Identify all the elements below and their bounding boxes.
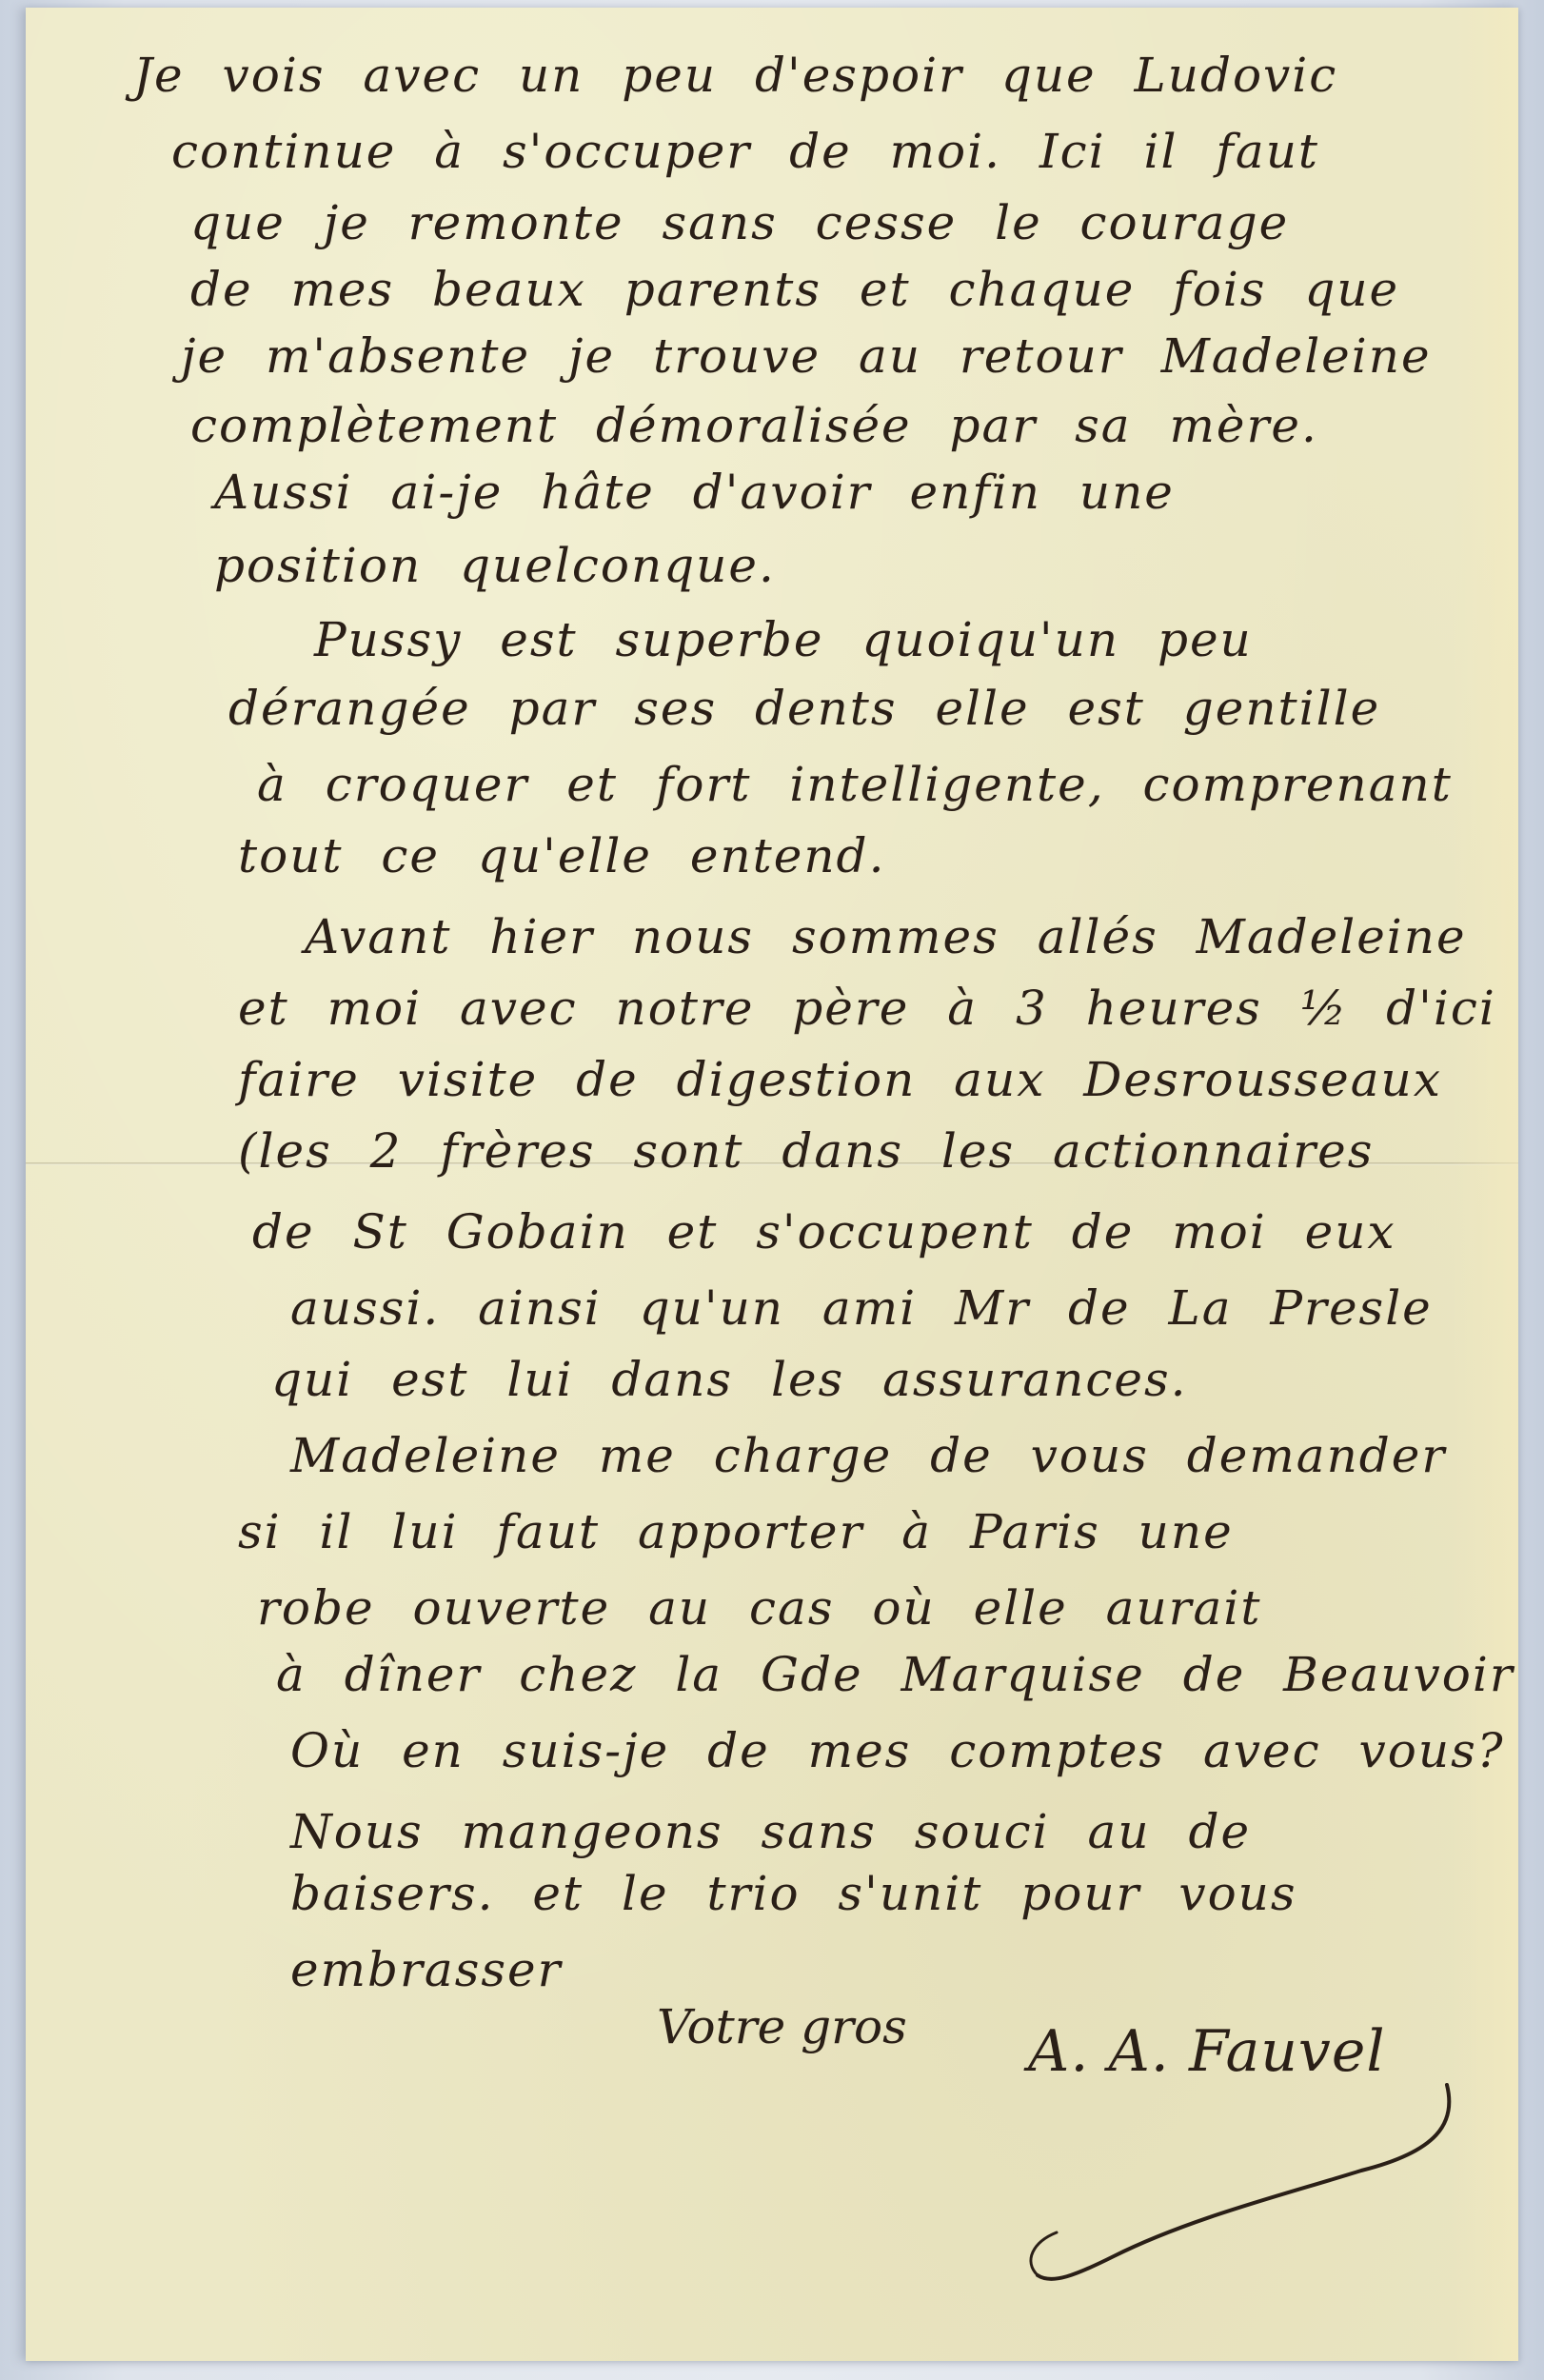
letter-line: à dîner chez la Gde Marquise de Beauvoir — [276, 1647, 1514, 1702]
letter-line: tout ce qu'elle entend. — [238, 828, 885, 883]
letter-line: dérangée par ses dents elle est gentille — [228, 681, 1380, 736]
letter-line: Madeleine me charge de vous demander — [290, 1428, 1446, 1483]
letter-line: qui est lui dans les assurances. — [271, 1352, 1188, 1407]
letter-line: (les 2 frères sont dans les actionnaires — [238, 1123, 1374, 1179]
signature-flourish-icon — [1000, 2066, 1475, 2285]
letter-line: complètement démoralisée par sa mère. — [190, 398, 1318, 453]
letter-line: et moi avec notre père à 3 heures ½ d'ic… — [238, 981, 1496, 1036]
letter-line: Je vois avec un peu d'espoir que Ludovic — [133, 48, 1337, 103]
letter-line: Pussy est superbe quoiqu'un peu — [314, 612, 1253, 667]
letter-line: continue à s'occuper de moi. Ici il faut — [171, 124, 1319, 179]
letter-line: à croquer et fort intelligente, comprena… — [257, 757, 1453, 812]
letter-line: robe ouverte au cas où elle aurait — [257, 1580, 1261, 1636]
letter-line: Où en suis-je de mes comptes avec vous? — [290, 1723, 1505, 1778]
letter-line: de St Gobain et s'occupent de moi eux — [252, 1204, 1396, 1259]
letter-line: embrasser — [290, 1942, 563, 1997]
letter-line: si il lui faut apporter à Paris une — [238, 1504, 1234, 1559]
letter-line: Aussi ai-je hâte d'avoir enfin une — [214, 465, 1175, 520]
letter-line: je m'absente je trouve au retour Madelei… — [181, 328, 1432, 384]
letter-line: que je remonte sans cesse le courage — [190, 195, 1289, 250]
letter-line: baisers. et le trio s'unit pour vous — [290, 1866, 1297, 1921]
letter-line: de mes beaux parents et chaque fois que — [190, 262, 1399, 317]
letter-line: Nous mangeons sans souci au de — [290, 1804, 1251, 1859]
letter-line: aussi. ainsi qu'un ami Mr de La Presle — [290, 1280, 1433, 1336]
letter-line: position quelconque. — [214, 538, 776, 593]
letter-line: Avant hier nous sommes allés Madeleine — [305, 909, 1467, 964]
letter-closing: Votre gros — [657, 1999, 907, 2054]
letter-line: faire visite de digestion aux Desroussea… — [238, 1052, 1442, 1107]
